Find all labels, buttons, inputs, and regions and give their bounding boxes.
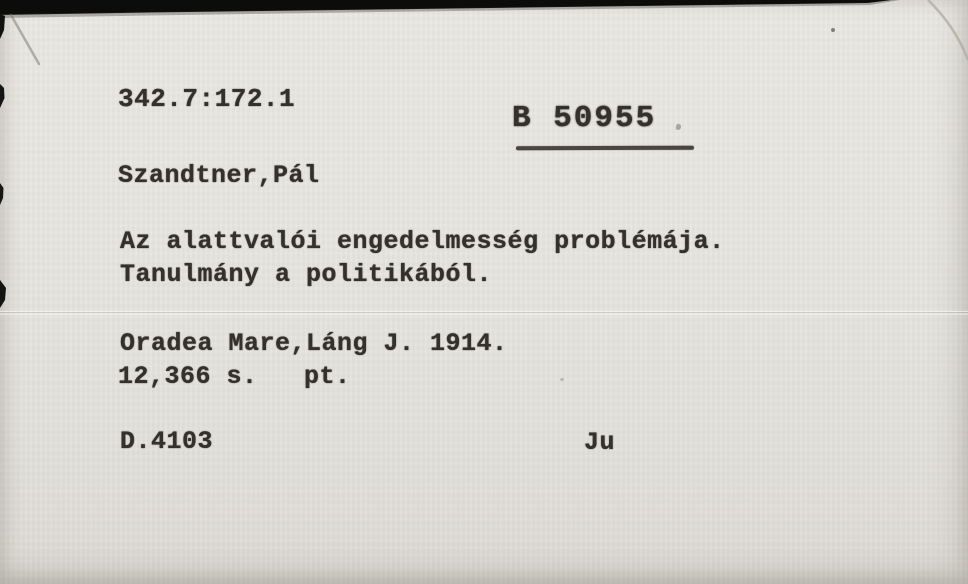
imprint-line: Oradea Mare,Láng J. 1914. — [120, 329, 508, 358]
paper-speck — [560, 378, 564, 381]
scan-edge-top-wedge-soft — [0, 0, 900, 18]
title-line-1: Az alattvalói engedelmesség problémája. — [120, 227, 725, 256]
title-line-2: Tanulmány a politikából. — [120, 260, 492, 289]
handler-annotation: Ju — [584, 428, 615, 457]
shelf-mark: D.4103 — [120, 427, 213, 456]
scan-edge-left-blob-2 — [0, 84, 5, 108]
author-name: Szandtner,Pál — [118, 161, 320, 190]
collation-line: 12,366 s. pt. — [118, 362, 351, 391]
card-corner-shadow — [11, 15, 39, 64]
scan-edge-top-wedge — [0, 0, 892, 15]
card-corner-curve — [928, 0, 968, 60]
scan-edge-left-blob-3 — [0, 183, 4, 205]
catalog-card-scan: 342.7:172.1 B 50955 Szandtner,Pál Az ala… — [0, 0, 968, 584]
accession-number: B 50955 — [512, 101, 656, 136]
card-crease-line — [0, 311, 968, 315]
scan-edge-left-blob-4 — [0, 280, 6, 308]
classification-number: 342.7:172.1 — [118, 84, 295, 114]
paper-speck — [675, 123, 682, 130]
paper-speck — [831, 28, 835, 32]
scan-edge-left-blob-1 — [0, 14, 5, 39]
accession-underline — [516, 146, 694, 151]
